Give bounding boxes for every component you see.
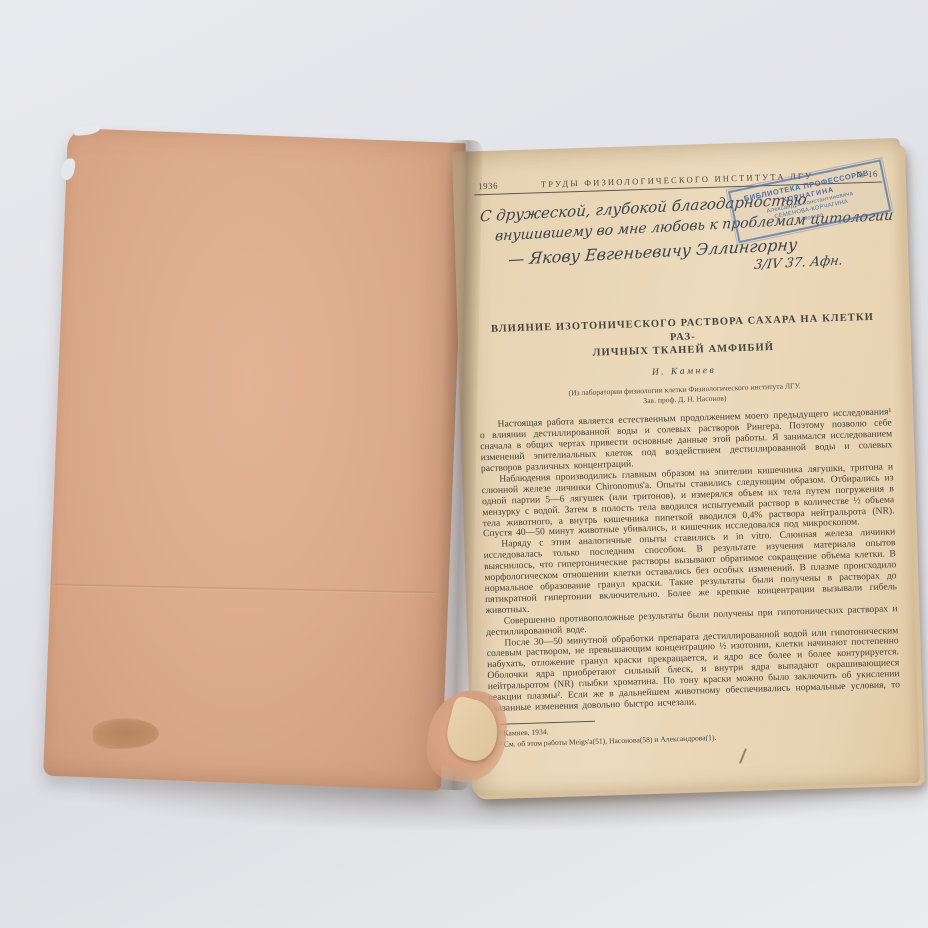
right-title-page: 1936 ТРУДЫ ФИЗИОЛОГИЧЕСКОГО ИНСТИТУТА ЛГ… bbox=[452, 138, 920, 797]
photo-surface: 1936 ТРУДЫ ФИЗИОЛОГИЧЕСКОГО ИНСТИТУТА ЛГ… bbox=[0, 0, 928, 928]
torn-patch bbox=[92, 718, 159, 750]
article-body: Настоящая работа является естественным п… bbox=[479, 408, 900, 715]
torn-edge-nick bbox=[59, 157, 76, 181]
open-book: 1936 ТРУДЫ ФИЗИОЛОГИЧЕСКОГО ИНСТИТУТА ЛГ… bbox=[0, 0, 928, 928]
body-paragraph: Наряду с этим аналогичные опыты ставилис… bbox=[483, 528, 897, 617]
body-paragraph: После 30—50 минутной обработки препарата… bbox=[486, 626, 900, 715]
footnotes: ¹ Камнев, 1934. ² См. об этом работы Mei… bbox=[489, 711, 902, 750]
torn-corner bbox=[73, 124, 100, 136]
page-crease bbox=[54, 583, 434, 594]
affiliation: (Из лаборатории физиологии клетки Физиол… bbox=[479, 378, 891, 411]
footnote-rule bbox=[499, 721, 595, 725]
left-flyleaf-page bbox=[43, 128, 466, 791]
title-page-content: 1936 ТРУДЫ ФИЗИОЛОГИЧЕСКОГО ИНСТИТУТА ЛГ… bbox=[452, 138, 920, 797]
